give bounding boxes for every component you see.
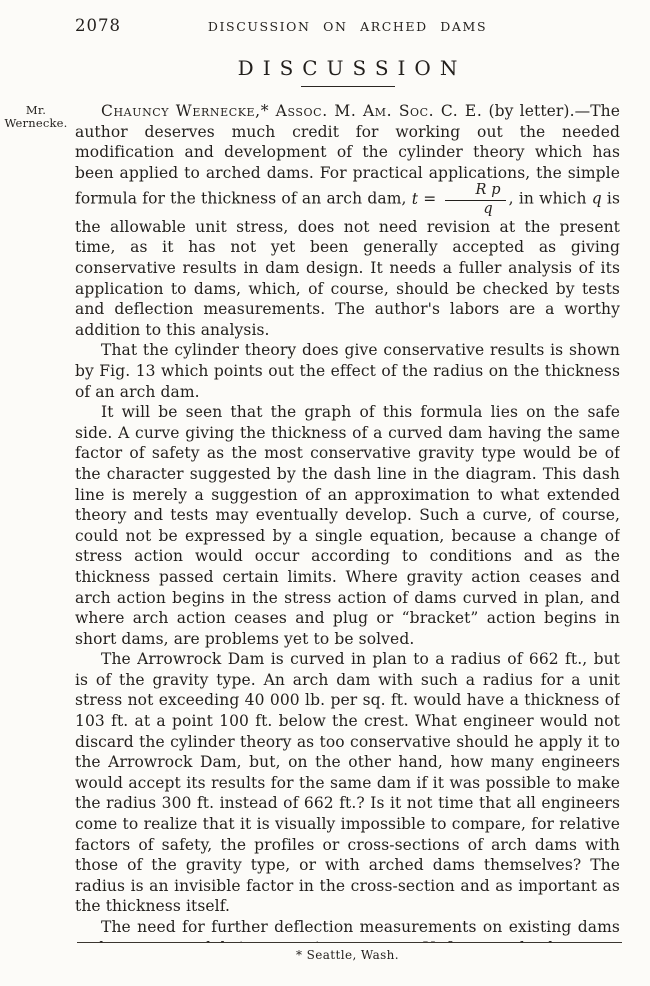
- paragraph-1: Chauncy Wernecke,* Assoc. M. Am. Soc. C.…: [75, 101, 620, 340]
- title-rule: [301, 86, 395, 87]
- formula-equals-sign: =: [423, 190, 436, 208]
- running-head: DISCUSSION ON ARCHED DAMS: [75, 19, 620, 34]
- formula-numerator: R p: [445, 183, 506, 200]
- section-title-block: DISCUSSION: [75, 56, 620, 87]
- margin-note-line1: Mr.: [4, 104, 68, 117]
- paragraph-5: The need for further deflection measurem…: [75, 917, 620, 943]
- footnote: * Seattle, Wash.: [75, 948, 620, 962]
- thickness-formula: t = R pq: [412, 190, 509, 208]
- paragraph-1-rest: is the allowable unit stress, does not n…: [75, 190, 620, 339]
- paragraph-4: The Arrowrock Dam is curved in plan to a…: [75, 649, 620, 917]
- margin-note-line2: Wernecke.: [4, 117, 68, 130]
- body-text: Chauncy Wernecke,* Assoc. M. Am. Soc. C.…: [75, 101, 620, 943]
- margin-note-speaker: Mr. Wernecke.: [4, 104, 68, 129]
- section-title: DISCUSSION: [75, 56, 620, 80]
- formula-fraction: R pq: [445, 183, 506, 216]
- formula-var-t: t: [412, 190, 418, 208]
- paragraph-1-mid: , in which: [509, 190, 592, 208]
- formula-denominator: q: [445, 201, 506, 217]
- footnote-rule: [77, 942, 622, 943]
- document-page: 2078 DISCUSSION ON ARCHED DAMS DISCUSSIO…: [0, 0, 650, 986]
- speaker-name: Chauncy Wernecke,* Assoc. M. Am. Soc. C.…: [101, 102, 482, 120]
- page-header: 2078 DISCUSSION ON ARCHED DAMS: [75, 16, 620, 38]
- paragraph-2: That the cylinder theory does give conse…: [75, 340, 620, 402]
- paragraph-3: It will be seen that the graph of this f…: [75, 402, 620, 649]
- formula-var-q: q: [592, 190, 602, 208]
